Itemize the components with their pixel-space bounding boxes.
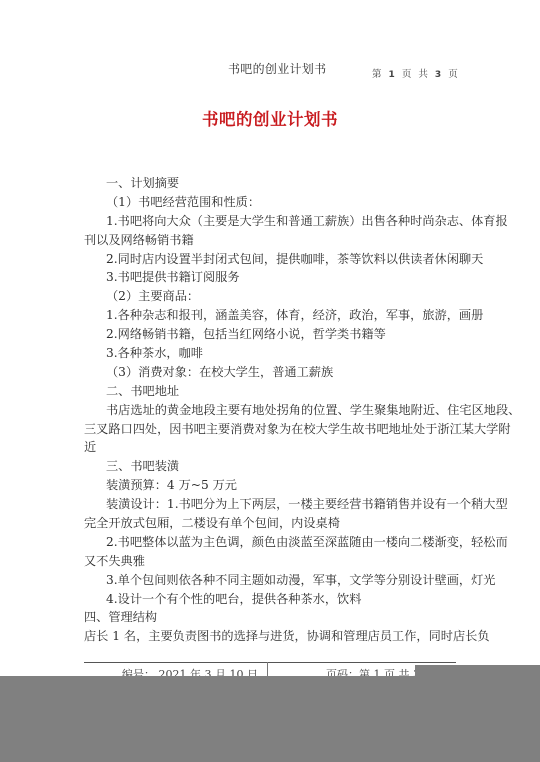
paragraph-line: 4.设计一个有个性的吧台，提供各种茶水，饮料 (84, 590, 460, 609)
document-title: 书吧的创业计划书 (0, 106, 540, 130)
paragraph-line: 书店选址的黄金地段主要有地处拐角的位置、学生聚集地附近、住宅区地段、 (84, 401, 460, 420)
paragraph-line: 近 (84, 438, 460, 457)
document-page: 书吧的创业计划书 第 1 页 共 3 页 书吧的创业计划书 一、计划摘要 （1）… (0, 0, 540, 762)
gray-overlay-bottom (0, 676, 540, 762)
paragraph-line: 3.单个包间则依各种不同主题如动漫，军事，文学等分别设计壁画，灯光 (84, 571, 460, 590)
document-body: 一、计划摘要 （1）书吧经营范围和性质： 1.书吧将向大众（主要是大学生和普通工… (84, 174, 460, 646)
paragraph-line: 2.网络畅销书籍，包括当红网络小说，哲学类书籍等 (84, 325, 460, 344)
paragraph-line: 店长 1 名，主要负责图书的选择与进货，协调和管理店员工作，同时店长负 (84, 627, 460, 646)
subheading-main-products: （2）主要商品： (84, 287, 460, 306)
paragraph-line: 又不失典雅 (84, 552, 460, 571)
paragraph-line: 3.各种茶水，咖啡 (84, 344, 460, 363)
subheading-scope: （1）书吧经营范围和性质： (84, 193, 460, 212)
section-heading-decoration: 三、书吧装潢 (84, 457, 460, 476)
paragraph-line: 完全开放式包厢，二楼设有单个包间，内设桌椅 (84, 514, 460, 533)
section-heading-plan-summary: 一、计划摘要 (84, 174, 460, 193)
paragraph-line: 2.同时店内设置半封闭式包间，提供咖啡，茶等饮料以供读者休闲聊天 (84, 250, 460, 269)
paragraph-line: 装潢设计：1.书吧分为上下两层，一楼主要经营书籍销售并设有一个稍大型 (84, 495, 460, 514)
section-heading-management: 四、管理结构 (84, 608, 460, 627)
paragraph-line: 1.各种杂志和报刊，涵盖美容，体育，经济，政治，军事，旅游，画册 (84, 306, 460, 325)
paragraph-line: 三叉路口四处，因书吧主要消费对象为在校大学生故书吧地址处于浙江某大学附 (84, 420, 460, 439)
page-label-suffix: 页 (448, 69, 460, 80)
section-heading-location: 二、书吧地址 (84, 382, 460, 401)
footer-rule (84, 662, 456, 663)
paragraph-line: 装潢预算：4 万~5 万元 (84, 476, 460, 495)
running-header-title: 书吧的创业计划书 (228, 60, 326, 77)
subheading-target-customers: （3）消费对象：在校大学生，普通工薪族 (84, 363, 460, 382)
page-label-prefix: 第 (372, 69, 384, 80)
page-label-middle: 页 共 (402, 69, 430, 80)
page-total: 3 (435, 70, 443, 80)
page-current: 1 (389, 70, 397, 80)
paragraph-line: 1.书吧将向大众（主要是大学生和普通工薪族）出售各种时尚杂志、体育报 (84, 212, 460, 231)
paragraph-line: 2.书吧整体以蓝为主色调，颜色由淡蓝至深蓝随由一楼向二楼渐变，轻松而 (84, 533, 460, 552)
paragraph-line: 3.书吧提供书籍订阅服务 (84, 268, 460, 287)
paragraph-line: 刊以及网络畅销书籍 (84, 231, 460, 250)
running-header-page-number: 第 1 页 共 3 页 (372, 66, 460, 80)
